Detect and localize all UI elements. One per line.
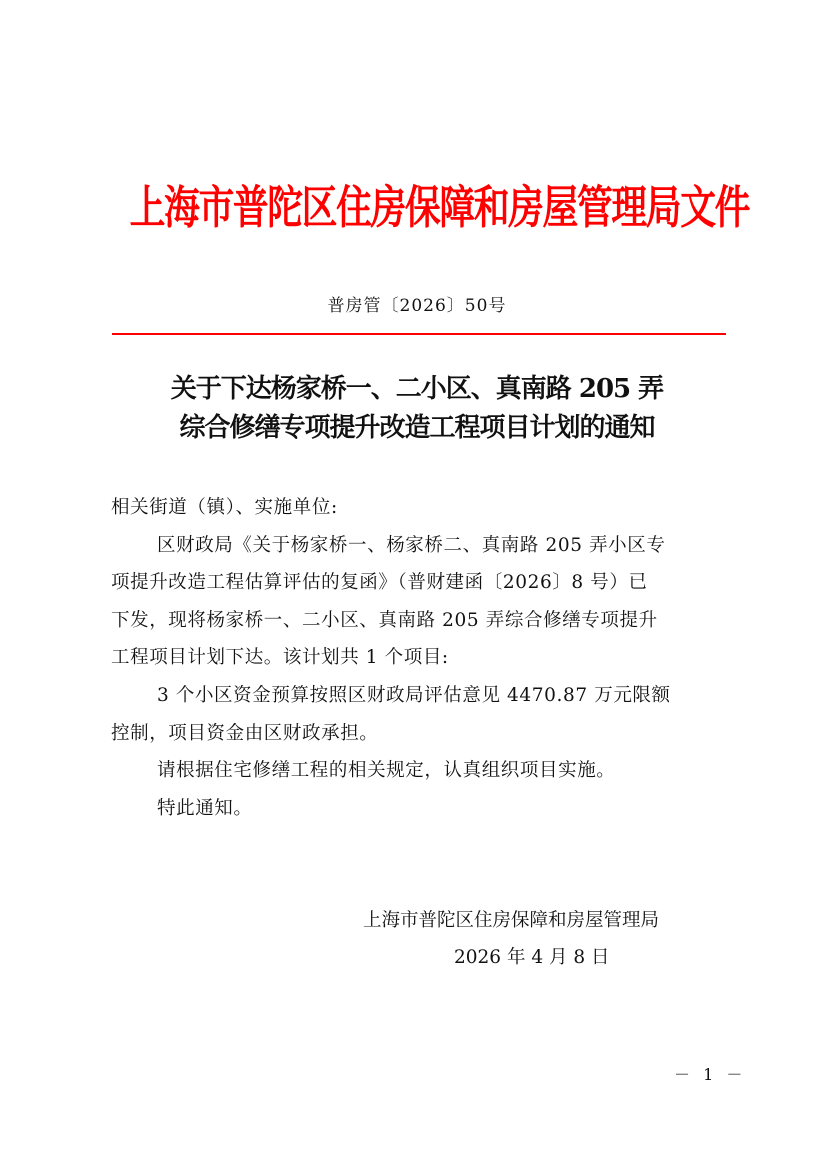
- red-divider-rule: [112, 333, 726, 335]
- issue-date: 2026 年 4 月 8 日: [454, 940, 610, 976]
- notice-title: 关于下达杨家桥一、二小区、真南路 205 弄 综合修缮专项提升改造工程项目计划的…: [108, 370, 726, 448]
- addressee: 相关街道（镇）、实施单位:: [111, 489, 731, 527]
- body-line: 特此通知。: [111, 790, 731, 828]
- document-number: 普房管〔2026〕50号: [108, 294, 726, 318]
- issuer-signature: 上海市普陀区住房保障和房屋管理局: [363, 903, 659, 939]
- body-line: 请根据住宅修缮工程的相关规定，认真组织项目实施。: [111, 752, 731, 790]
- document-page: 上海市普陀区住房保障和房屋管理局文件 普房管〔2026〕50号 关于下达杨家桥一…: [0, 0, 826, 1169]
- title-line-2: 综合修缮专项提升改造工程项目计划的通知: [108, 409, 726, 448]
- page-number: － 1 －: [674, 1064, 746, 1086]
- masthead-title: 上海市普陀区住房保障和房屋管理局文件: [130, 170, 705, 248]
- body-line: 项提升改造工程估算评估的复函》（普财建函〔2026〕8 号）已: [111, 564, 731, 602]
- title-line-1: 关于下达杨家桥一、二小区、真南路 205 弄: [108, 370, 726, 409]
- body-line: 3 个小区资金预算按照区财政局评估意见 4470.87 万元限额: [111, 677, 731, 715]
- body-line: 区财政局《关于杨家桥一、杨家桥二、真南路 205 弄小区专: [111, 527, 731, 565]
- body-line: 控制，项目资金由区财政承担。: [111, 715, 731, 753]
- notice-body: 相关街道（镇）、实施单位: 区财政局《关于杨家桥一、杨家桥二、真南路 205 弄…: [111, 489, 731, 827]
- body-line: 工程项目计划下达。该计划共 1 个项目:: [111, 639, 731, 677]
- body-line: 下发，现将杨家桥一、二小区、真南路 205 弄综合修缮专项提升: [111, 602, 731, 640]
